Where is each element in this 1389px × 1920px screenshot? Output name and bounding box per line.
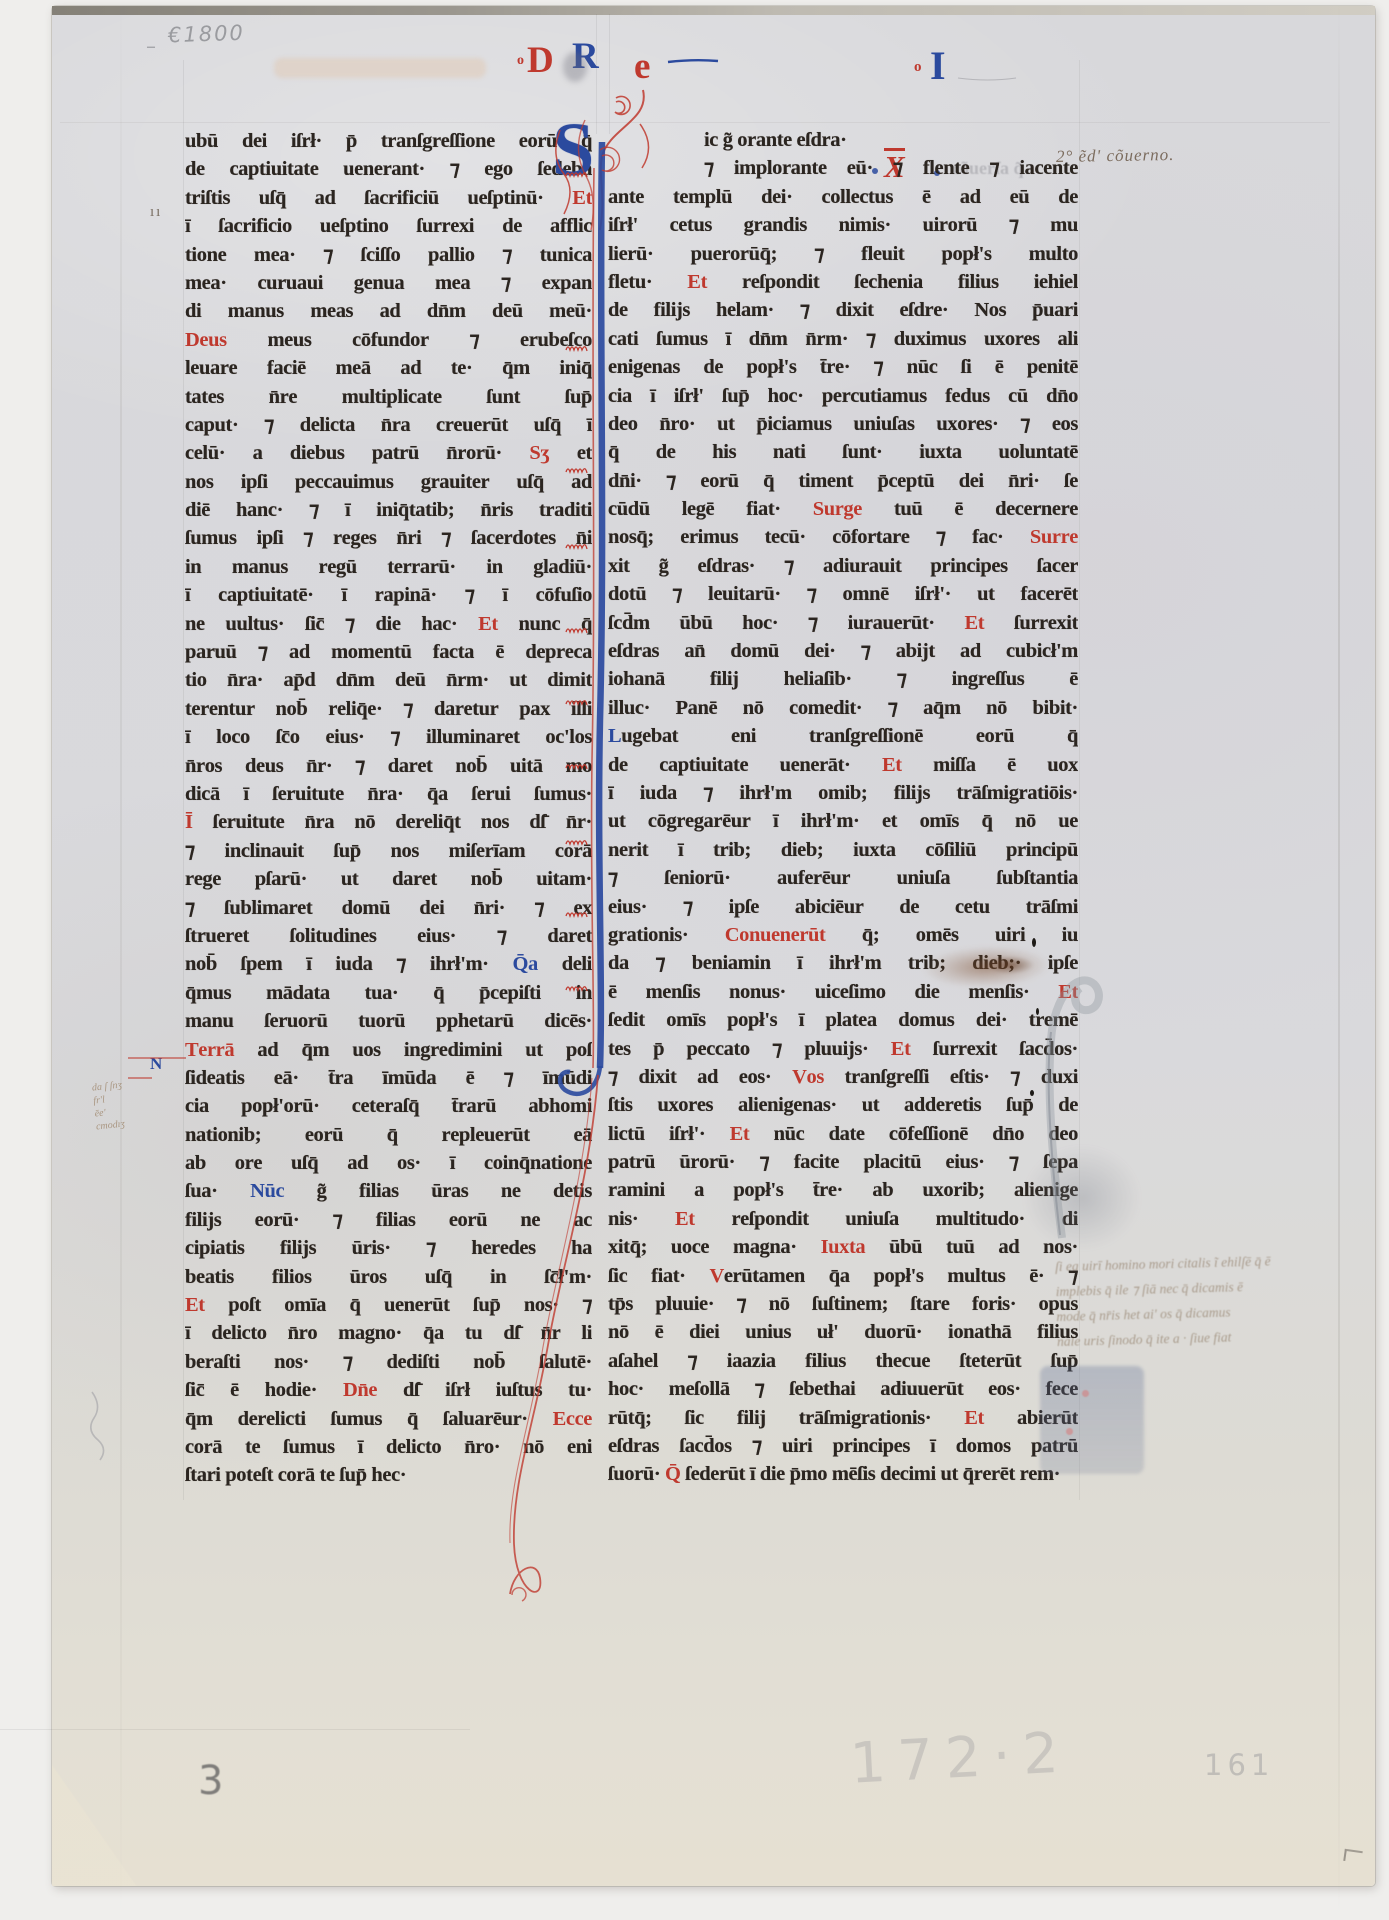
manuscript-text-line: Ī ſeruitute n̄ra nō dereliq̄t nos dſ̄ n̄… bbox=[185, 808, 592, 836]
manuscript-text-line: iohanā filij heliaſib· ⁊ ingreſſus ē bbox=[608, 665, 1078, 693]
manuscript-text-line: cia popł'orū· ceteraſq̄ t̄rarū abhomi bbox=[185, 1092, 592, 1120]
manuscript-text-line: ſcd̄m ūbū hoc· ⁊ iurauerūt· Et ſurrexit bbox=[608, 609, 1078, 637]
manuscript-text-line: caput· ⁊ delicta n̄ra creuerūt uſq̄ ī bbox=[185, 411, 592, 439]
ruling-bottom bbox=[0, 1729, 470, 1730]
manuscript-text-line: tes p̄ peccato ⁊ pluuijs· Et ſurrexit ſa… bbox=[608, 1035, 1078, 1063]
manuscript-text-line: ⁊ dixit ad eos· Vos tranſgreſſi eſtis· ⁊… bbox=[608, 1063, 1078, 1091]
rubric-initial: Et bbox=[964, 1407, 984, 1429]
manuscript-text-line: ī delicto n̄ro magno· q̄a tu dſ̄ n̄r li bbox=[185, 1319, 592, 1347]
leaf-top-edge bbox=[52, 6, 1375, 15]
ruling-gutter-b bbox=[609, 14, 610, 134]
manuscript-text-line: tione mea· ⁊ ſciſſo pallio ⁊ tunica bbox=[185, 241, 592, 269]
manuscript-text-line: ī loco ſc̄o eius· ⁊ illuminaret oc'los bbox=[185, 723, 592, 751]
manuscript-text-line: ut cōgregarēur ī ihrł'm· et omīs q̄ nō u… bbox=[608, 807, 1078, 835]
manuscript-text-line: diē hanc· ⁊ ī iniq̄tatib; n̄ris traditi bbox=[185, 496, 592, 524]
manuscript-text-line: xit g̃ eſdras· ⁊ adiurauit principes ſac… bbox=[608, 552, 1078, 580]
manuscript-text-line: ne uultus· ſic̄ ⁊ die hac· Et nunc q̄ bbox=[185, 610, 592, 638]
manuscript-text-line: enigenas de popł's t̄re· ⁊ nūc ſi ē peni… bbox=[608, 353, 1078, 381]
manuscript-text-line: eius· ⁊ ipſe abiciēur de cetu trāſmi bbox=[608, 893, 1078, 921]
manuscript-text-line: leuare faciē meā ad te· q̄m iniq̄ bbox=[185, 354, 592, 382]
rubric-initial: Et bbox=[185, 1294, 205, 1316]
rubric-initial: Et bbox=[1058, 981, 1078, 1003]
photo-background: DRe o I o – €1800 X cõuerſa q̃ 2° ẽd' cõ… bbox=[0, 0, 1389, 1920]
manuscript-text-line: q̄m derelicti ſumus q̄ ſaluarēur· Ecce bbox=[185, 1405, 592, 1433]
rubric-initial: Et bbox=[687, 271, 707, 293]
manuscript-text-line: illuc· Panē nō comedit· ⁊ aq̄m nō bibit· bbox=[608, 694, 1078, 722]
manuscript-text-line: nerit ī trib; dieb; iuxta cōſiliū princi… bbox=[608, 836, 1078, 864]
manuscript-text-line: ſumus ipſi ⁊ reges n̄ri ⁊ ſacerdotes n̄i bbox=[185, 524, 592, 552]
manuscript-text-line: cūdū legē fiat· Surge tuū ē decernere bbox=[608, 495, 1078, 523]
manuscript-text-line: cati ſumus ī dn̄m n̄rm· ⁊ duximus uxores… bbox=[608, 325, 1078, 353]
rubric-initial: Sʒ bbox=[529, 442, 549, 464]
manuscript-text-line: eſdras an̄ domū dei· ⁊ abijt ad cubicł'm bbox=[608, 637, 1078, 665]
manuscript-text-line: Lugebat eni tranſgreſſionē eorū q̄ bbox=[608, 722, 1078, 750]
manuscript-text-line: dicā ī ſeruitute n̄ra· q̄a ſerui ſumus· bbox=[185, 780, 592, 808]
rubric-initial: Surre bbox=[1030, 526, 1078, 548]
pink-spot bbox=[1066, 1428, 1073, 1435]
pink-spot bbox=[1082, 1390, 1089, 1397]
manuscript-text-line: q̄mus mādata tua· q̄ p̄cepiſti in bbox=[185, 979, 592, 1007]
foliation-right: 161 bbox=[1204, 1748, 1274, 1782]
header-flourish-dot: o bbox=[517, 54, 524, 68]
ink-speck bbox=[1032, 938, 1036, 947]
corner-mark bbox=[1343, 1849, 1362, 1863]
running-title-right: I bbox=[930, 46, 946, 86]
right-margin-note: ſi ea uirī homino mori citalis ĩ ehilſē … bbox=[1055, 1246, 1368, 1354]
rubric-initial: Conuenerūt bbox=[725, 924, 826, 946]
price-dash: – bbox=[146, 34, 156, 58]
text-column-right: ic g̃ orante eſdra·⁊ implorante eū· ⁊ fl… bbox=[608, 126, 1078, 1489]
manuscript-text-line: q̄ de his nati ſunt· iuxta uoluntatē bbox=[608, 438, 1078, 466]
manuscript-text-line: lictū iſrł'· Et nūc date cōfeſſionē dn̄o… bbox=[608, 1120, 1078, 1148]
manuscript-text-line: ſua· Nūc g̃ filias ūras ne detis bbox=[185, 1177, 592, 1205]
manuscript-text-line: ⁊ ſublimaret domū dei n̄ri· ⁊ ex bbox=[185, 894, 592, 922]
manuscript-text-line: Deus meus cōfundor ⁊ erubeſco bbox=[185, 326, 592, 354]
manuscript-text-line: celū· a diebus patrū n̄rorū· Sʒ et bbox=[185, 439, 592, 467]
rubric-initial: Deus bbox=[185, 329, 227, 351]
margin-mark-ii: ıı bbox=[150, 204, 162, 221]
manuscript-text-line: ſic fiat· Verūtamen q̄a popł's multus ē·… bbox=[608, 1262, 1078, 1290]
manuscript-text-line: aſahel ⁊ iaazia filius thecue ſteterūt ſ… bbox=[608, 1347, 1078, 1375]
decorated-initial-s: S bbox=[552, 112, 594, 188]
manuscript-text-line: Terrā ad q̄m uos ingredimini ut poſ bbox=[185, 1036, 592, 1064]
manuscript-text-line: paruū ⁊ ad momentū facta ē depreca bbox=[185, 638, 592, 666]
manuscript-text-line: ante templū dei· collectus ē ad eū de bbox=[608, 183, 1078, 211]
manuscript-text-line: grationis· Conuenerūt q̄; omēs uiri iu bbox=[608, 921, 1078, 949]
ruling-top bbox=[60, 122, 1330, 123]
manuscript-text-line: manu ſeruorū tuorū pphetarū dicēs· bbox=[185, 1007, 592, 1035]
rubric-initial: V bbox=[709, 1265, 723, 1287]
margin-scribble: da ſ ſnʒfr'lēe'cmodıʒ bbox=[91, 1079, 126, 1134]
manuscript-text-line: deo n̄ro· ut p̄iciamus uniuſas uxores· ⁊… bbox=[608, 410, 1078, 438]
grey-stain bbox=[1024, 1146, 1140, 1250]
rubric-initial: Surge bbox=[813, 498, 862, 520]
manuscript-text-line: de captiuitate uenerant· ⁊ ego ſedebā bbox=[185, 155, 592, 183]
rubric-initial: Iuxta bbox=[821, 1236, 866, 1258]
manuscript-text-line: ſic̄ ē hodie· Dn̄e dſ̄ iſrł iuſtus tu· bbox=[185, 1376, 592, 1404]
manuscript-text-line: ſideatis eā· t̄ra īmūda ē ⁊ īmūdi bbox=[185, 1064, 592, 1092]
rubric-initial: Et bbox=[965, 612, 985, 634]
manuscript-text-line: beraſti nos· ⁊ dediſti nob̄ ſalutē· bbox=[185, 1348, 592, 1376]
header-right-dot: o bbox=[914, 60, 922, 75]
manuscript-text-line: xitq̄; uoce magna· Iuxta ūbū tuū ad nos· bbox=[608, 1233, 1078, 1261]
manuscript-text-line: ſtari poteſt corā te ſup̄ hec· bbox=[185, 1461, 592, 1489]
manuscript-text-line: nosq̄; erimus tecū· cōfortare ⁊ fac· Sur… bbox=[608, 523, 1078, 551]
rubric-initial: Terrā bbox=[185, 1039, 234, 1061]
manuscript-text-line: cia ī iſrł' ſup̄ hoc· percutiamus fedus … bbox=[608, 382, 1078, 410]
foliation-left: 3 bbox=[198, 1758, 223, 1804]
manuscript-text-line: ī ſacrificio ueſptino ſurrexi de afflic bbox=[185, 212, 592, 240]
rubric-initial: Ī bbox=[185, 811, 193, 833]
ruling-left bbox=[183, 60, 184, 1500]
running-title-letter: e bbox=[634, 48, 650, 85]
manuscript-text-line: dotū ⁊ leuitarū· ⁊ omnē iſrł'· ut facerē… bbox=[608, 580, 1078, 608]
manuscript-text-line: ſtis uxores alienigenas· ut adderetis ſu… bbox=[608, 1091, 1078, 1119]
discoloration-band bbox=[274, 58, 486, 78]
ink-speck bbox=[1036, 1008, 1039, 1015]
vertical-crease bbox=[1338, 0, 1340, 1920]
manuscript-text-line: eſdras ſacd̄os ⁊ uiri principes ī domos … bbox=[608, 1432, 1078, 1460]
blue-initial: L bbox=[608, 725, 621, 747]
manuscript-text-line: rūtq̄; ſic filij trāſmigrationis· Et abi… bbox=[608, 1404, 1078, 1432]
blue-initial: Nūc bbox=[250, 1180, 284, 1202]
blue-initial: Q̄a bbox=[512, 953, 537, 975]
manuscript-text-line: dn̄i· ⁊ eorū q̄ timent p̄ceptū dei n̄ri·… bbox=[608, 467, 1078, 495]
manuscript-text-line: nos ipſi peccauimus grauiter uſq̄ ad bbox=[185, 468, 592, 496]
manuscript-text-line: ⁊ implorante eū· ⁊ flente ⁊ iacente bbox=[608, 154, 1078, 182]
manuscript-text-line: corā te ſumus ī delicto n̄ro· nō eni bbox=[185, 1433, 592, 1461]
manuscript-text-line: ſtrueret ſolitudines eius· ⁊ daret bbox=[185, 922, 592, 950]
manuscript-text-line: ic g̃ orante eſdra· bbox=[608, 126, 1078, 154]
rubric-initial: Dn̄e bbox=[343, 1379, 377, 1401]
manuscript-text-line: nis· Et reſpondit uniuſa multitudo· di bbox=[608, 1205, 1078, 1233]
manuscript-text-line: ī iuda ⁊ ihrł'm omib; filijs trāſmigrati… bbox=[608, 779, 1078, 807]
running-title-letter: D bbox=[527, 42, 554, 79]
manuscript-text-line: hoc· meſollā ⁊ ſebethai adiuuerūt eos· f… bbox=[608, 1375, 1078, 1403]
margin-guide-letter: N bbox=[150, 1054, 162, 1074]
manuscript-text-line: ſedit omīs popł's ī platea domus dei· tr… bbox=[608, 1006, 1078, 1034]
rubric-initial: Et bbox=[730, 1123, 750, 1145]
manuscript-text-line: iſrł' cetus grandis nimis· uirorū ⁊ mu bbox=[608, 211, 1078, 239]
manuscript-text-line: nō ē diei unius uł' duorū· ionathā filiu… bbox=[608, 1318, 1078, 1346]
manuscript-text-line: ī captiuitatē· ī rapinā· ⁊ ī cōfuſio bbox=[185, 581, 592, 609]
brown-stain-core bbox=[986, 956, 1034, 974]
rubric-initial: Et bbox=[882, 754, 902, 776]
manuscript-text-line: de filijs helam· ⁊ dixit eſdre· Nos p̄ua… bbox=[608, 296, 1078, 324]
manuscript-text-line: terentur nob̄ reliq̄e· ⁊ daretur pax ill… bbox=[185, 695, 592, 723]
manuscript-text-line: patrū ūrorū· ⁊ facite placitū eius· ⁊ ſe… bbox=[608, 1148, 1078, 1176]
rubric-initial: Vos bbox=[792, 1066, 824, 1088]
manuscript-text-line: filijs eorū· ⁊ filias eorū ne ac bbox=[185, 1206, 592, 1234]
rubric-initial: Q̄ bbox=[665, 1463, 681, 1485]
rubric-initial: Ecce bbox=[553, 1408, 592, 1430]
manuscript-text-line: lierū· puerorūq̄; ⁊ fleuit popł's multo bbox=[608, 240, 1078, 268]
foliation-center: 172·2 bbox=[848, 1720, 1071, 1796]
manuscript-text-line: tp̄s pluuie· ⁊ nō ſuſtinem; ſtare foris·… bbox=[608, 1290, 1078, 1318]
manuscript-text-line: nob̄ ſpem ī iuda ⁊ ihrł'm· Q̄a deli bbox=[185, 950, 592, 978]
manuscript-text-line: mea· curuaui genua mea ⁊ expan bbox=[185, 269, 592, 297]
manuscript-text-line: ab ore uſq̄ ad os· ī coinq̄natione bbox=[185, 1149, 592, 1177]
manuscript-text-line: n̄ros deus n̄r· ⁊ daret nob̄ uitā mo bbox=[185, 752, 592, 780]
manuscript-text-line: ⁊ inclinauit ſup̄ nos miſerīam corā bbox=[185, 837, 592, 865]
manuscript-text-line: ⁊ ſeniorū· auferēur uniuſa ſubſtantia bbox=[608, 864, 1078, 892]
rubric-initial: Et bbox=[675, 1208, 695, 1230]
manuscript-text-line: Et poſt omīa q̄ uenerūt ſup̄ nos· ⁊ bbox=[185, 1291, 592, 1319]
manuscript-text-line: cipiatis filijs ūris· ⁊ heredes ha bbox=[185, 1234, 592, 1262]
blue-grey-stain bbox=[1040, 1366, 1144, 1474]
header-erased-smudge bbox=[563, 52, 587, 82]
manuscript-text-line: de captiuitate uenerāt· Et miſſa ē uox bbox=[608, 751, 1078, 779]
rubric-initial: Et bbox=[891, 1038, 911, 1060]
rubric-initial: Et bbox=[478, 613, 498, 635]
manuscript-text-line: rege pſarū· ut daret nob̄ uitam· bbox=[185, 865, 592, 893]
manuscript-text-line: fletu· Et reſpondit ſechenia filius iehi… bbox=[608, 268, 1078, 296]
manuscript-text-line: tates n̄re multiplicate ſunt ſup̄ bbox=[185, 383, 592, 411]
manuscript-text-line: nationib; eorū q̄ repleuerūt eā bbox=[185, 1121, 592, 1149]
manuscript-text-line: beatis filios ūros uſq̄ in ſc̄ł'm· bbox=[185, 1263, 592, 1291]
manuscript-text-line: di manus meas ad dn̄m deū meū· bbox=[185, 297, 592, 325]
manuscript-text-line: ubū dei iſrł· p̄ tranſgreſſione eorū q̄ bbox=[185, 127, 592, 155]
vertical-crease-left bbox=[120, 0, 122, 1920]
text-column-left: ubū dei iſrł· p̄ tranſgreſſione eorū q̄d… bbox=[185, 127, 592, 1490]
manuscript-text-line: tio n̄ra· ap̄d dn̄m deū n̄rm· ut dimit bbox=[185, 666, 592, 694]
manuscript-text-line: ſuorū· Q̄ ſederūt ī die p̄mo mēſis decim… bbox=[608, 1460, 1078, 1488]
manuscript-text-line: triſtis uſq̄ ad ſacrificiū ueſptinū· Et bbox=[185, 184, 592, 212]
leaf-corner-chip bbox=[52, 1756, 147, 1886]
manuscript-text-line: ramini a popł's t̄re· ab uxorib; alienig… bbox=[608, 1176, 1078, 1204]
price-annotation: €1800 bbox=[168, 21, 246, 48]
manuscript-text-line: in manus regū terrarū· in gladiū· bbox=[185, 553, 592, 581]
ink-speck bbox=[1030, 1090, 1034, 1096]
